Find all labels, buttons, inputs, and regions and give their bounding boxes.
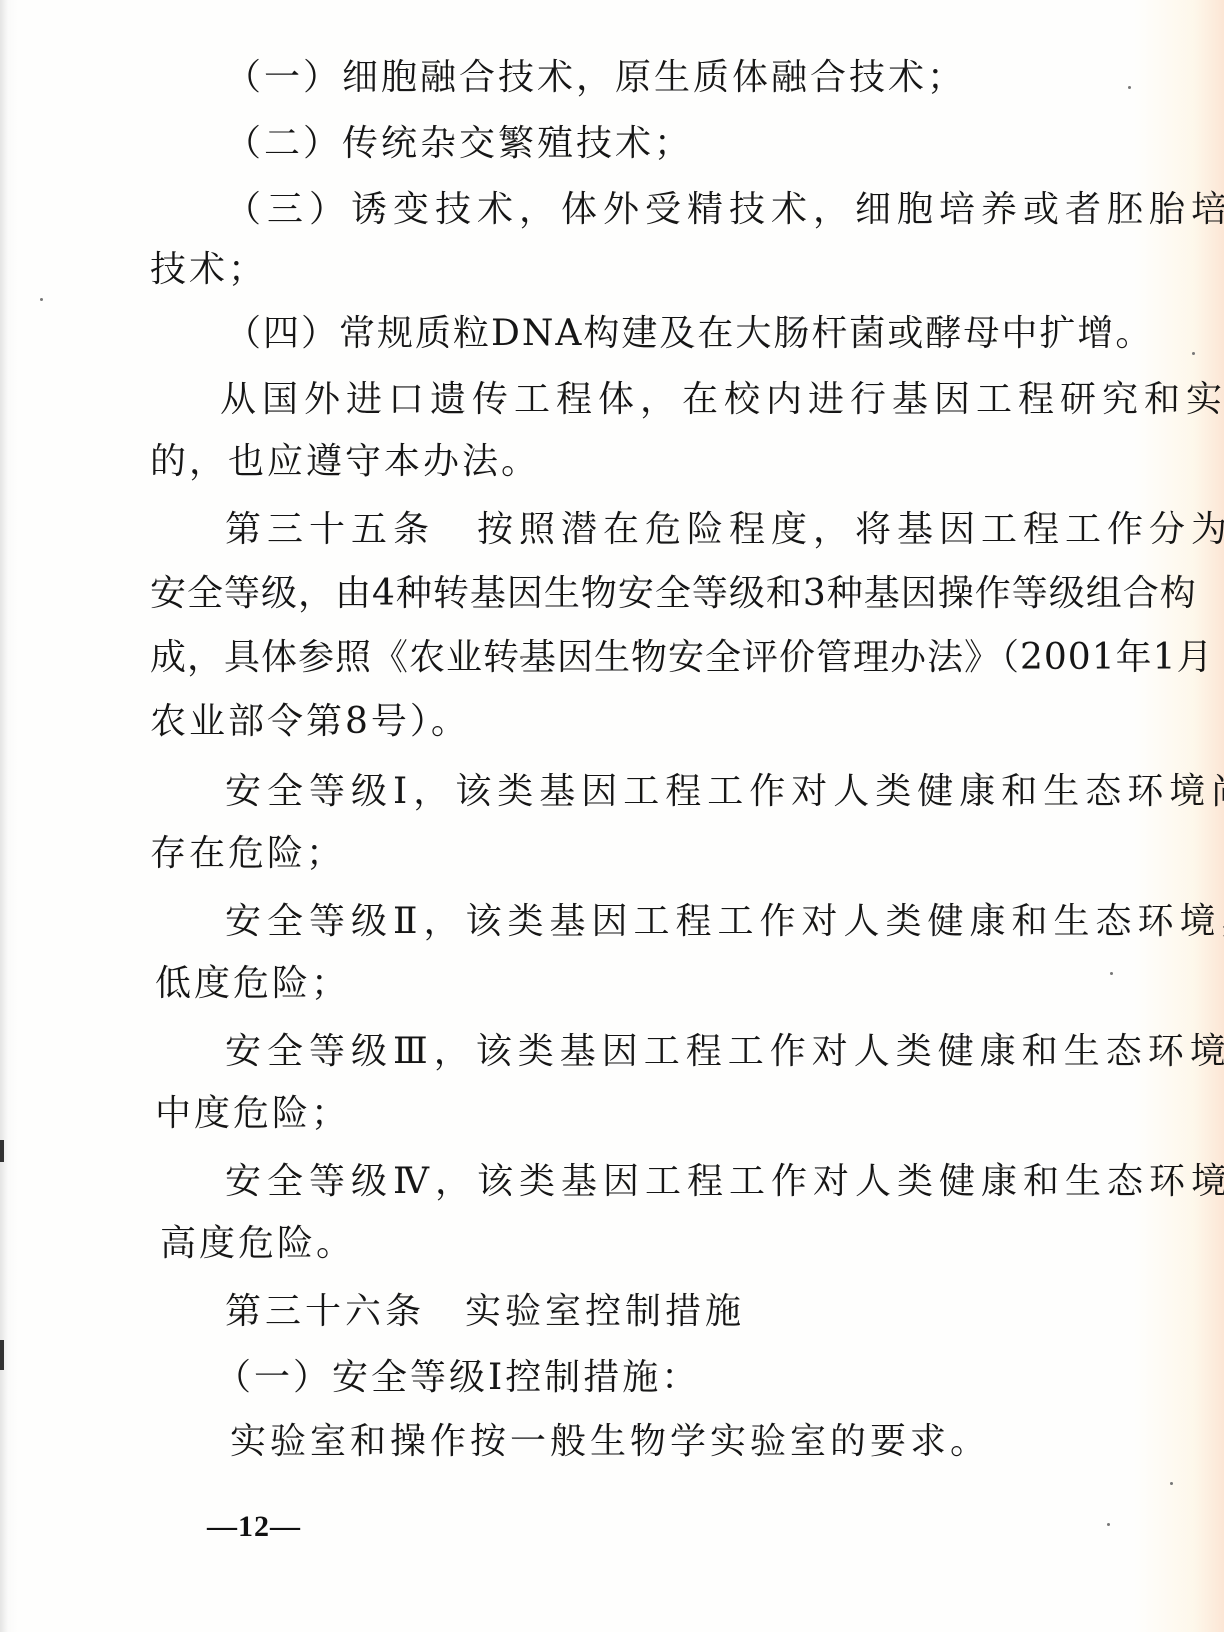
article-35-heading: 第三十五条 按照潜在危险程度，将基因工程工作分为四个: [225, 508, 1224, 552]
safety-level-2-continued: 低度危险；: [155, 962, 350, 1006]
paragraph-imported-organisms: 从国外进口遗传工程体，在校内进行基因工程研究和实验: [220, 378, 1224, 422]
safety-level-1-continued: 存在危险；: [150, 832, 345, 876]
scan-speck: [1128, 86, 1131, 89]
scan-speck: [1107, 1523, 1110, 1526]
article-36-heading: 第三十六条 实验室控制措施: [225, 1290, 745, 1334]
safety-level-4: 安全等级Ⅳ，该类基因工程工作对人类健康和生态环境具有: [225, 1160, 1224, 1204]
safety-level-4-continued: 高度危险。: [160, 1222, 355, 1266]
scanned-document-page: （一）细胞融合技术，原生质体融合技术； （二）传统杂交繁殖技术； （三）诱变技术…: [0, 0, 1224, 1632]
scan-speck: [1192, 352, 1195, 355]
scan-speck: [1170, 1482, 1173, 1485]
list-item-plasmid-dna: （四）常规质粒DNA构建及在大肠杆菌或酵母中扩增。: [225, 312, 1153, 356]
safety-level-2: 安全等级Ⅱ，该类基因工程工作对人类健康和生态环境具有: [225, 900, 1224, 944]
scan-speck: [1110, 972, 1113, 975]
list-item-mutagenesis: （三）诱变技术，体外受精技术，细胞培养或者胚胎培养: [225, 188, 1224, 232]
page-number: —12—: [207, 1510, 301, 1544]
list-item-mutagenesis-continued: 技术；: [150, 248, 267, 292]
safety-level-3-continued: 中度危险；: [155, 1092, 350, 1136]
list-item-cell-fusion: （一）细胞融合技术，原生质体融合技术；: [225, 56, 966, 100]
binding-edge-mark: [0, 1140, 4, 1162]
binding-edge-mark: [0, 1340, 4, 1370]
list-item-traditional-hybridization: （二）传统杂交繁殖技术；: [225, 122, 693, 166]
safety-level-1: 安全等级Ⅰ，该类基因工程工作对人类健康和生态环境尚不: [225, 770, 1224, 814]
article-36-item-1-body: 实验室和操作按一般生物学实验室的要求。: [230, 1420, 990, 1464]
safety-level-3: 安全等级Ⅲ，该类基因工程工作对人类健康和生态环境具有: [225, 1030, 1224, 1074]
scan-speck: [520, 656, 523, 659]
scan-speck: [40, 298, 43, 301]
article-35-line-2: 安全等级，由4种转基因生物安全等级和3种基因操作等级组合构: [150, 572, 1197, 616]
article-35-line-4: 农业部令第8号）。: [150, 700, 470, 744]
article-36-item-1: （一）安全等级Ⅰ控制措施：: [215, 1356, 700, 1400]
paragraph-imported-organisms-continued: 的，也应遵守本办法。: [150, 440, 540, 484]
article-35-line-3: 成，具体参照《农业转基因生物安全评价管理办法》（2001年1月: [150, 636, 1214, 680]
